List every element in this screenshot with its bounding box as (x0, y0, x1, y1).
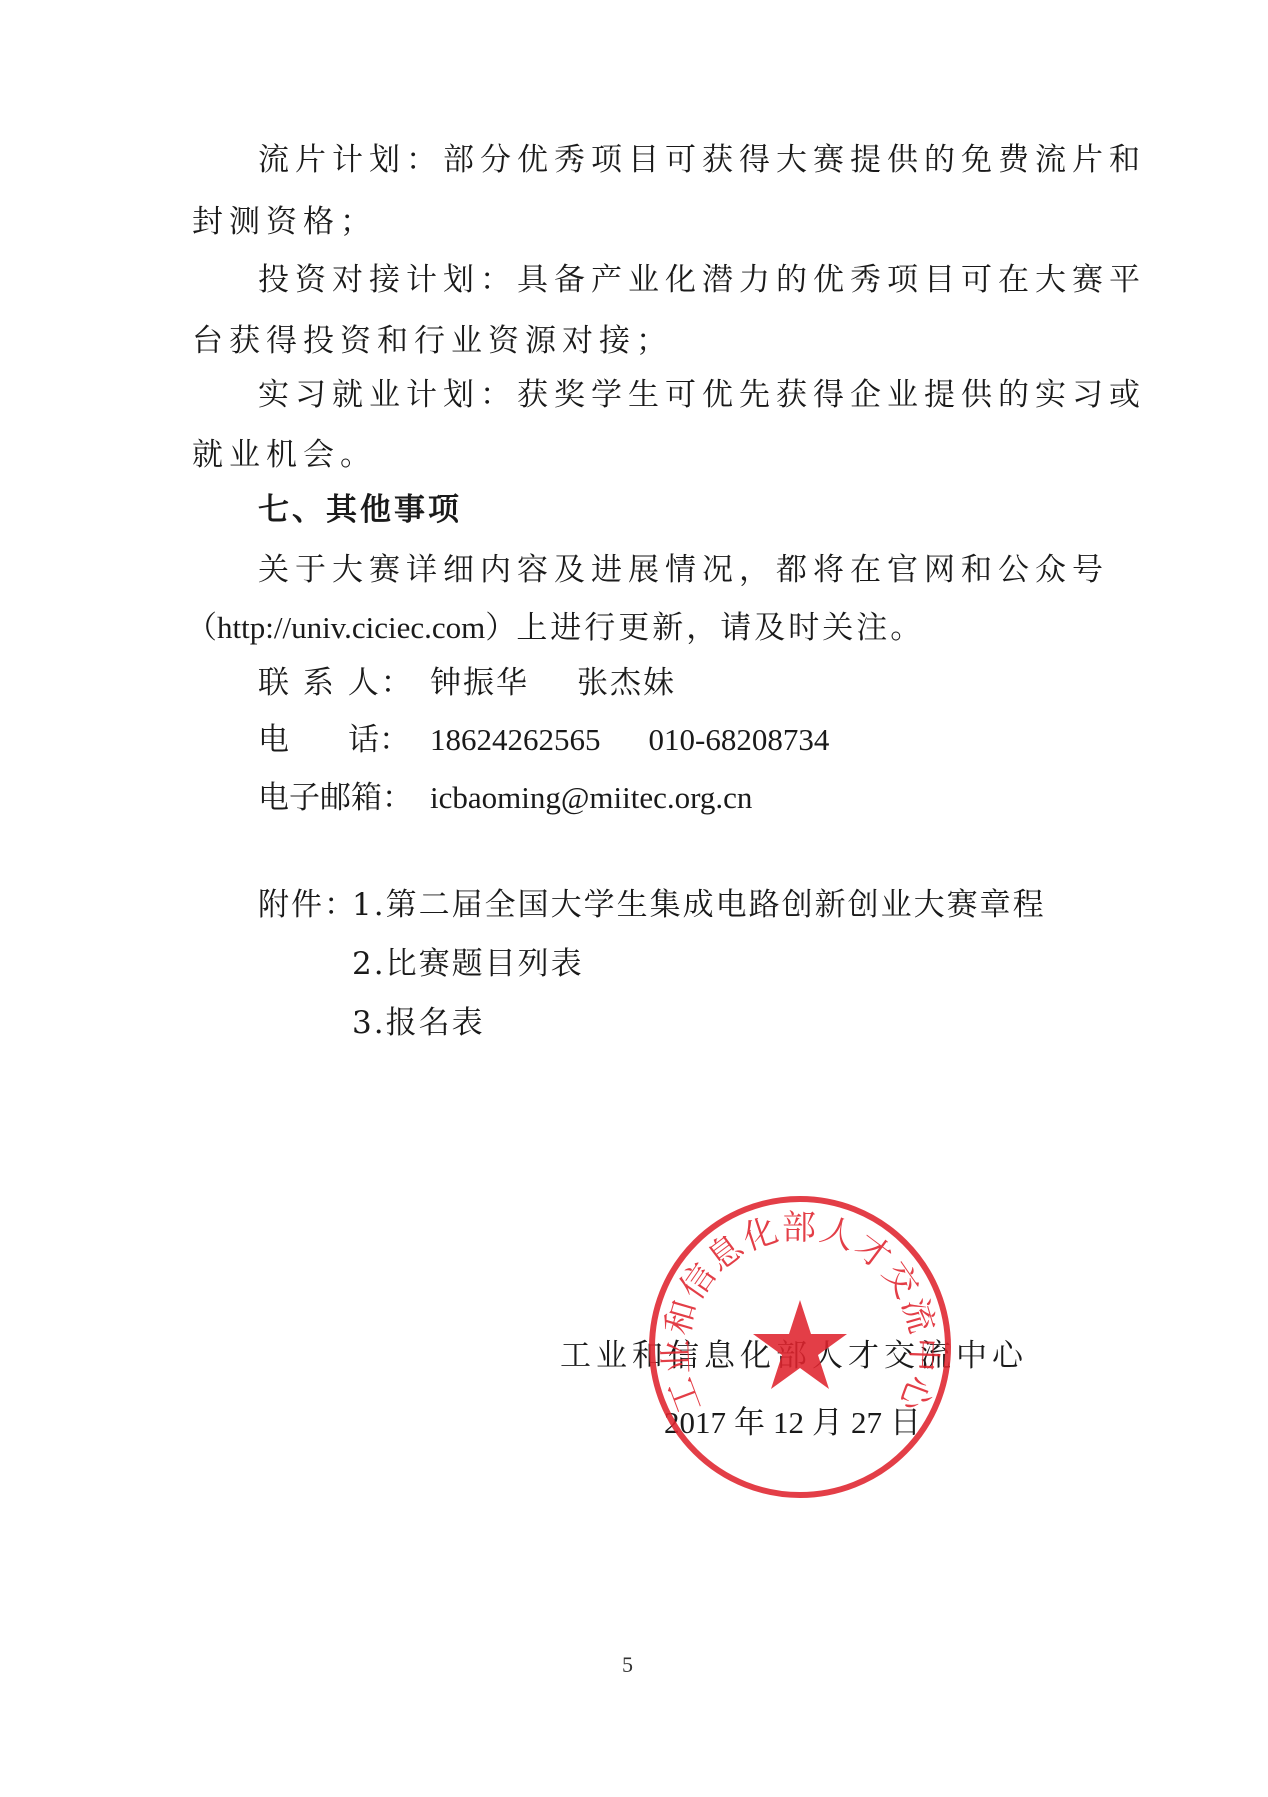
attachments-label: 附件： (258, 885, 357, 925)
phone-1: 18624262565 (430, 720, 601, 760)
page-number: 5 (622, 1652, 633, 1678)
notice-line2-rest: 上进行更新，请及时关注。 (516, 610, 924, 646)
contact-person-2: 张杰妹 (577, 663, 676, 703)
email-link[interactable]: icbaoming@miitec.org.cn (430, 778, 752, 818)
website-link[interactable]: （http://univ.ciciec.com） (186, 610, 516, 645)
contact-person-1: 钟振华 (430, 663, 529, 703)
contact-phone-row: 电 话：18624262565010-68208734 (258, 720, 829, 760)
phone-label: 电 话： (258, 720, 430, 760)
date-year: 2017 (664, 1405, 726, 1440)
signature-date: 2017年12月27日 (660, 1403, 925, 1443)
signature-organization: 工业和信息化部人才交流中心 (560, 1336, 1028, 1376)
section-heading: 七、其他事项 (258, 490, 462, 530)
attachment-item-1: 1.第二届全国大学生集成电路创新创业大赛章程 (352, 885, 1046, 925)
date-month-unit: 月 (812, 1405, 843, 1441)
attachment-item-2: 2.比赛题目列表 (352, 944, 584, 984)
attachment-item-3: 3.报名表 (352, 1003, 485, 1043)
document-page: 流片计划：部分优秀项目可获得大赛提供的免费流片和 封测资格； 投资对接计划：具备… (0, 0, 1268, 1797)
date-day-unit: 日 (890, 1405, 921, 1441)
email-label: 电子邮箱： (258, 778, 430, 818)
date-month: 12 (773, 1405, 804, 1440)
date-day: 27 (851, 1405, 882, 1440)
contact-email-row: 电子邮箱：icbaoming@miitec.org.cn (258, 778, 752, 818)
svg-text:工业和信息化部人才交流中心: 工业和信息化部人才交流中心 (656, 1208, 943, 1418)
paragraph-tapeout-line2: 封测资格； (192, 202, 377, 242)
contact-person-label: 联 系 人： (258, 663, 430, 703)
date-year-unit: 年 (734, 1405, 765, 1441)
paragraph-investment-line2: 台获得投资和行业资源对接； (192, 321, 673, 361)
paragraph-investment-line1: 投资对接计划：具备产业化潜力的优秀项目可在大赛平 (258, 260, 1146, 300)
paragraph-internship-line1: 实习就业计划：获奖学生可优先获得企业提供的实习或 (258, 375, 1146, 415)
notice-line1: 关于大赛详细内容及进展情况，都将在官网和公众号 (258, 550, 1109, 590)
seal-text: 工业和信息化部人才交流中心 (656, 1208, 943, 1418)
paragraph-tapeout-line1: 流片计划：部分优秀项目可获得大赛提供的免费流片和 (258, 140, 1146, 180)
phone-2: 010-68208734 (649, 720, 830, 760)
paragraph-internship-line2: 就业机会。 (192, 435, 377, 475)
contact-persons-row: 联 系 人：钟振华张杰妹 (258, 663, 676, 703)
notice-line2: （http://univ.ciciec.com）上进行更新，请及时关注。 (186, 608, 924, 648)
